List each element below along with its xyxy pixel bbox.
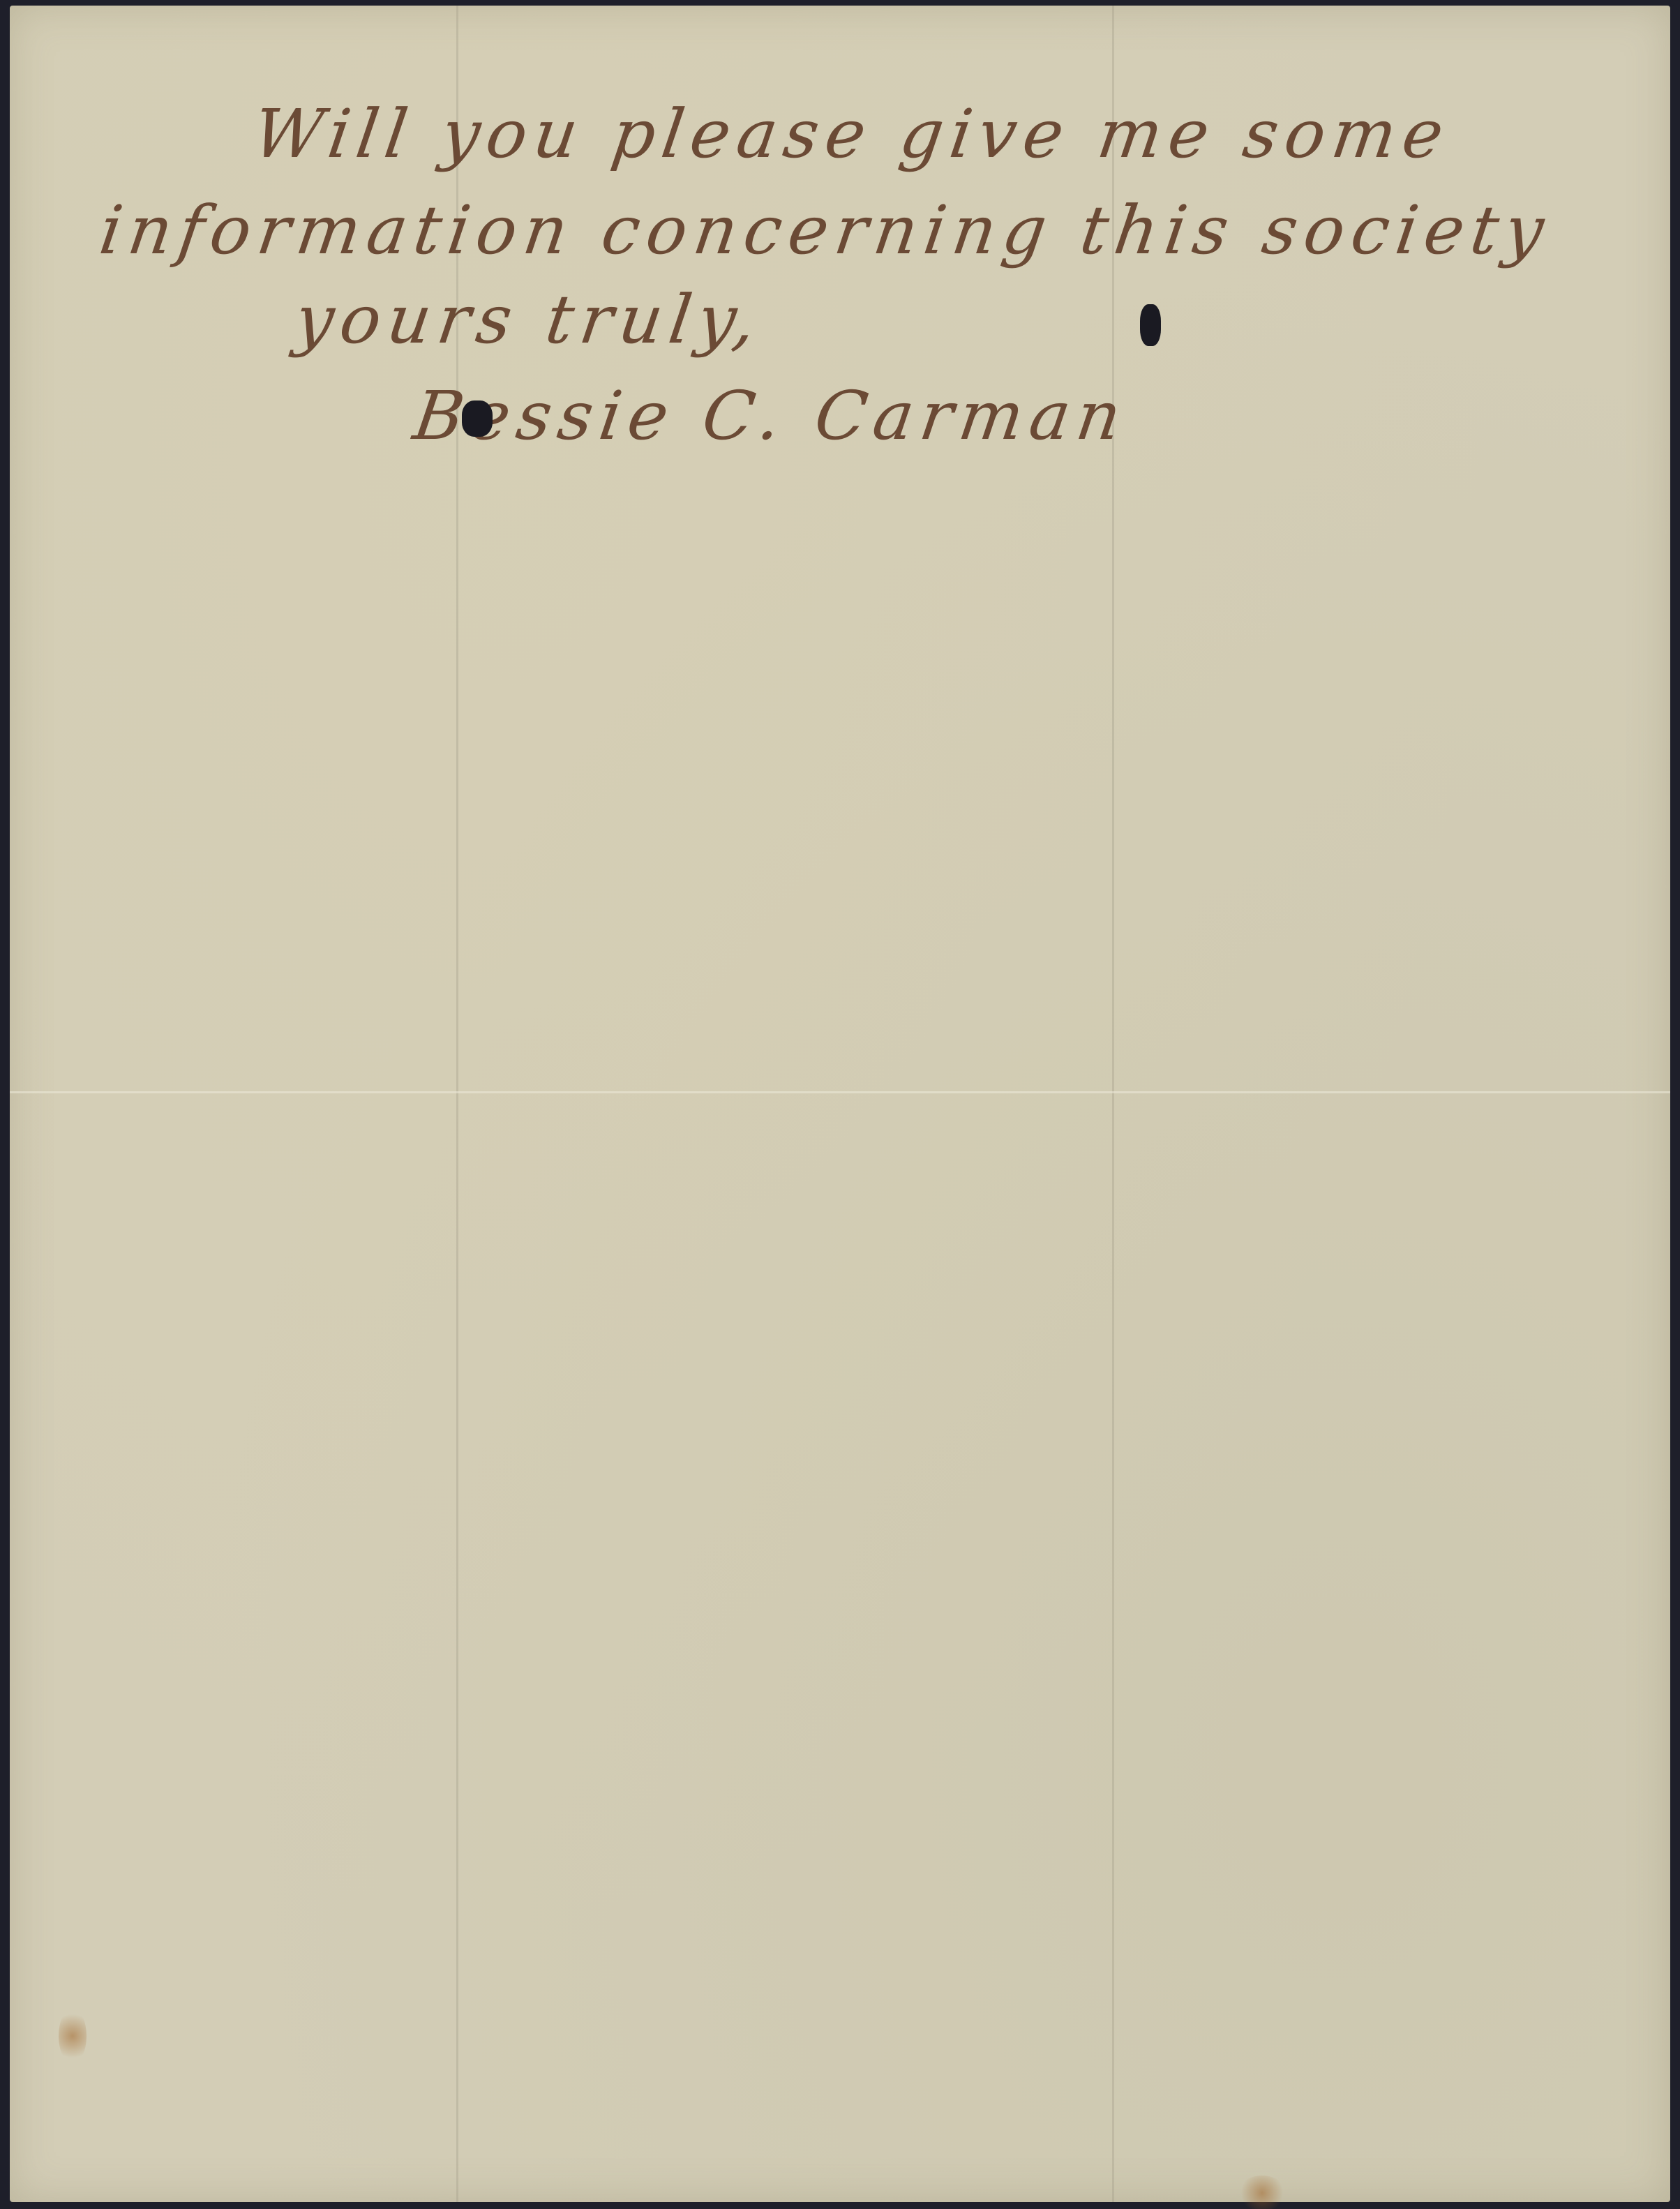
paper-stain bbox=[1238, 2176, 1287, 2209]
paper-hole bbox=[1140, 304, 1161, 346]
fold-crease-vertical-right bbox=[1112, 6, 1114, 2202]
paper-hole bbox=[462, 400, 493, 437]
letter-signature: Bessie C. Carman bbox=[409, 377, 1132, 455]
letter-paper: Will you please give me some information… bbox=[10, 6, 1670, 2202]
paper-stain bbox=[59, 2008, 87, 2064]
letter-line-1: Will you please give me some bbox=[248, 95, 1455, 173]
letter-closing: yours truly, bbox=[290, 280, 767, 359]
fold-crease-horizontal bbox=[10, 1091, 1670, 1093]
letter-line-2: information concerning this society bbox=[95, 191, 1555, 269]
